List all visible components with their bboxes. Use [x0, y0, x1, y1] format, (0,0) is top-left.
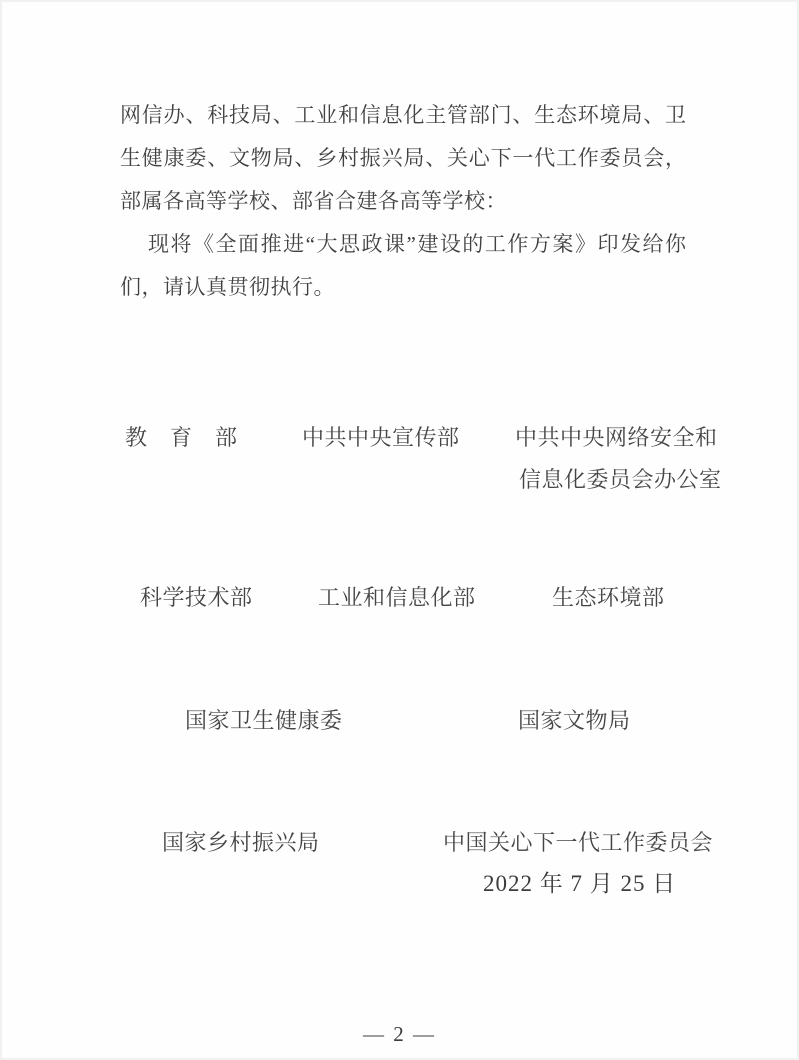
signature-ministry-of-science-technology: 科学技术部 [140, 584, 253, 612]
signature-cultural-heritage-administration: 国家文物局 [518, 707, 631, 735]
signature-next-generation-working-committee: 中国关心下一代工作委员会 [443, 829, 713, 857]
page-number: — 2 — [0, 1022, 799, 1047]
body-line-3: 部属各高等学校、部省合建各高等学校： [120, 180, 686, 223]
signature-central-propaganda-department: 中共中央宣传部 [302, 424, 460, 452]
signature-rural-revitalization-administration: 国家乡村振兴局 [162, 829, 320, 857]
body-line-1: 网信办、科技局、工业和信息化主管部门、生态环境局、卫 [120, 94, 686, 137]
document-page: 网信办、科技局、工业和信息化主管部门、生态环境局、卫 生健康委、文物局、乡村振兴… [0, 0, 799, 1060]
signature-cyberspace-affairs-office-line1: 中共中央网络安全和 [515, 424, 718, 452]
body-line-4: 现将《全面推进“大思政课”建设的工作方案》印发给你 [120, 223, 686, 266]
signature-ministry-of-ecology-environment: 生态环境部 [552, 584, 665, 612]
body-line-2: 生健康委、文物局、乡村振兴局、关心下一代工作委员会， [120, 137, 686, 180]
signature-date: 2022 年 7 月 25 日 [483, 870, 676, 898]
signature-ministry-of-industry-information: 工业和信息化部 [318, 584, 476, 612]
signature-national-health-commission: 国家卫生健康委 [185, 707, 343, 735]
body-line-5: 们，请认真贯彻执行。 [120, 266, 686, 309]
letter-body: 网信办、科技局、工业和信息化主管部门、生态环境局、卫 生健康委、文物局、乡村振兴… [120, 94, 686, 309]
signature-ministry-of-education: 教 育 部 [125, 424, 238, 452]
signature-cyberspace-affairs-office-line2: 信息化委员会办公室 [519, 466, 722, 494]
